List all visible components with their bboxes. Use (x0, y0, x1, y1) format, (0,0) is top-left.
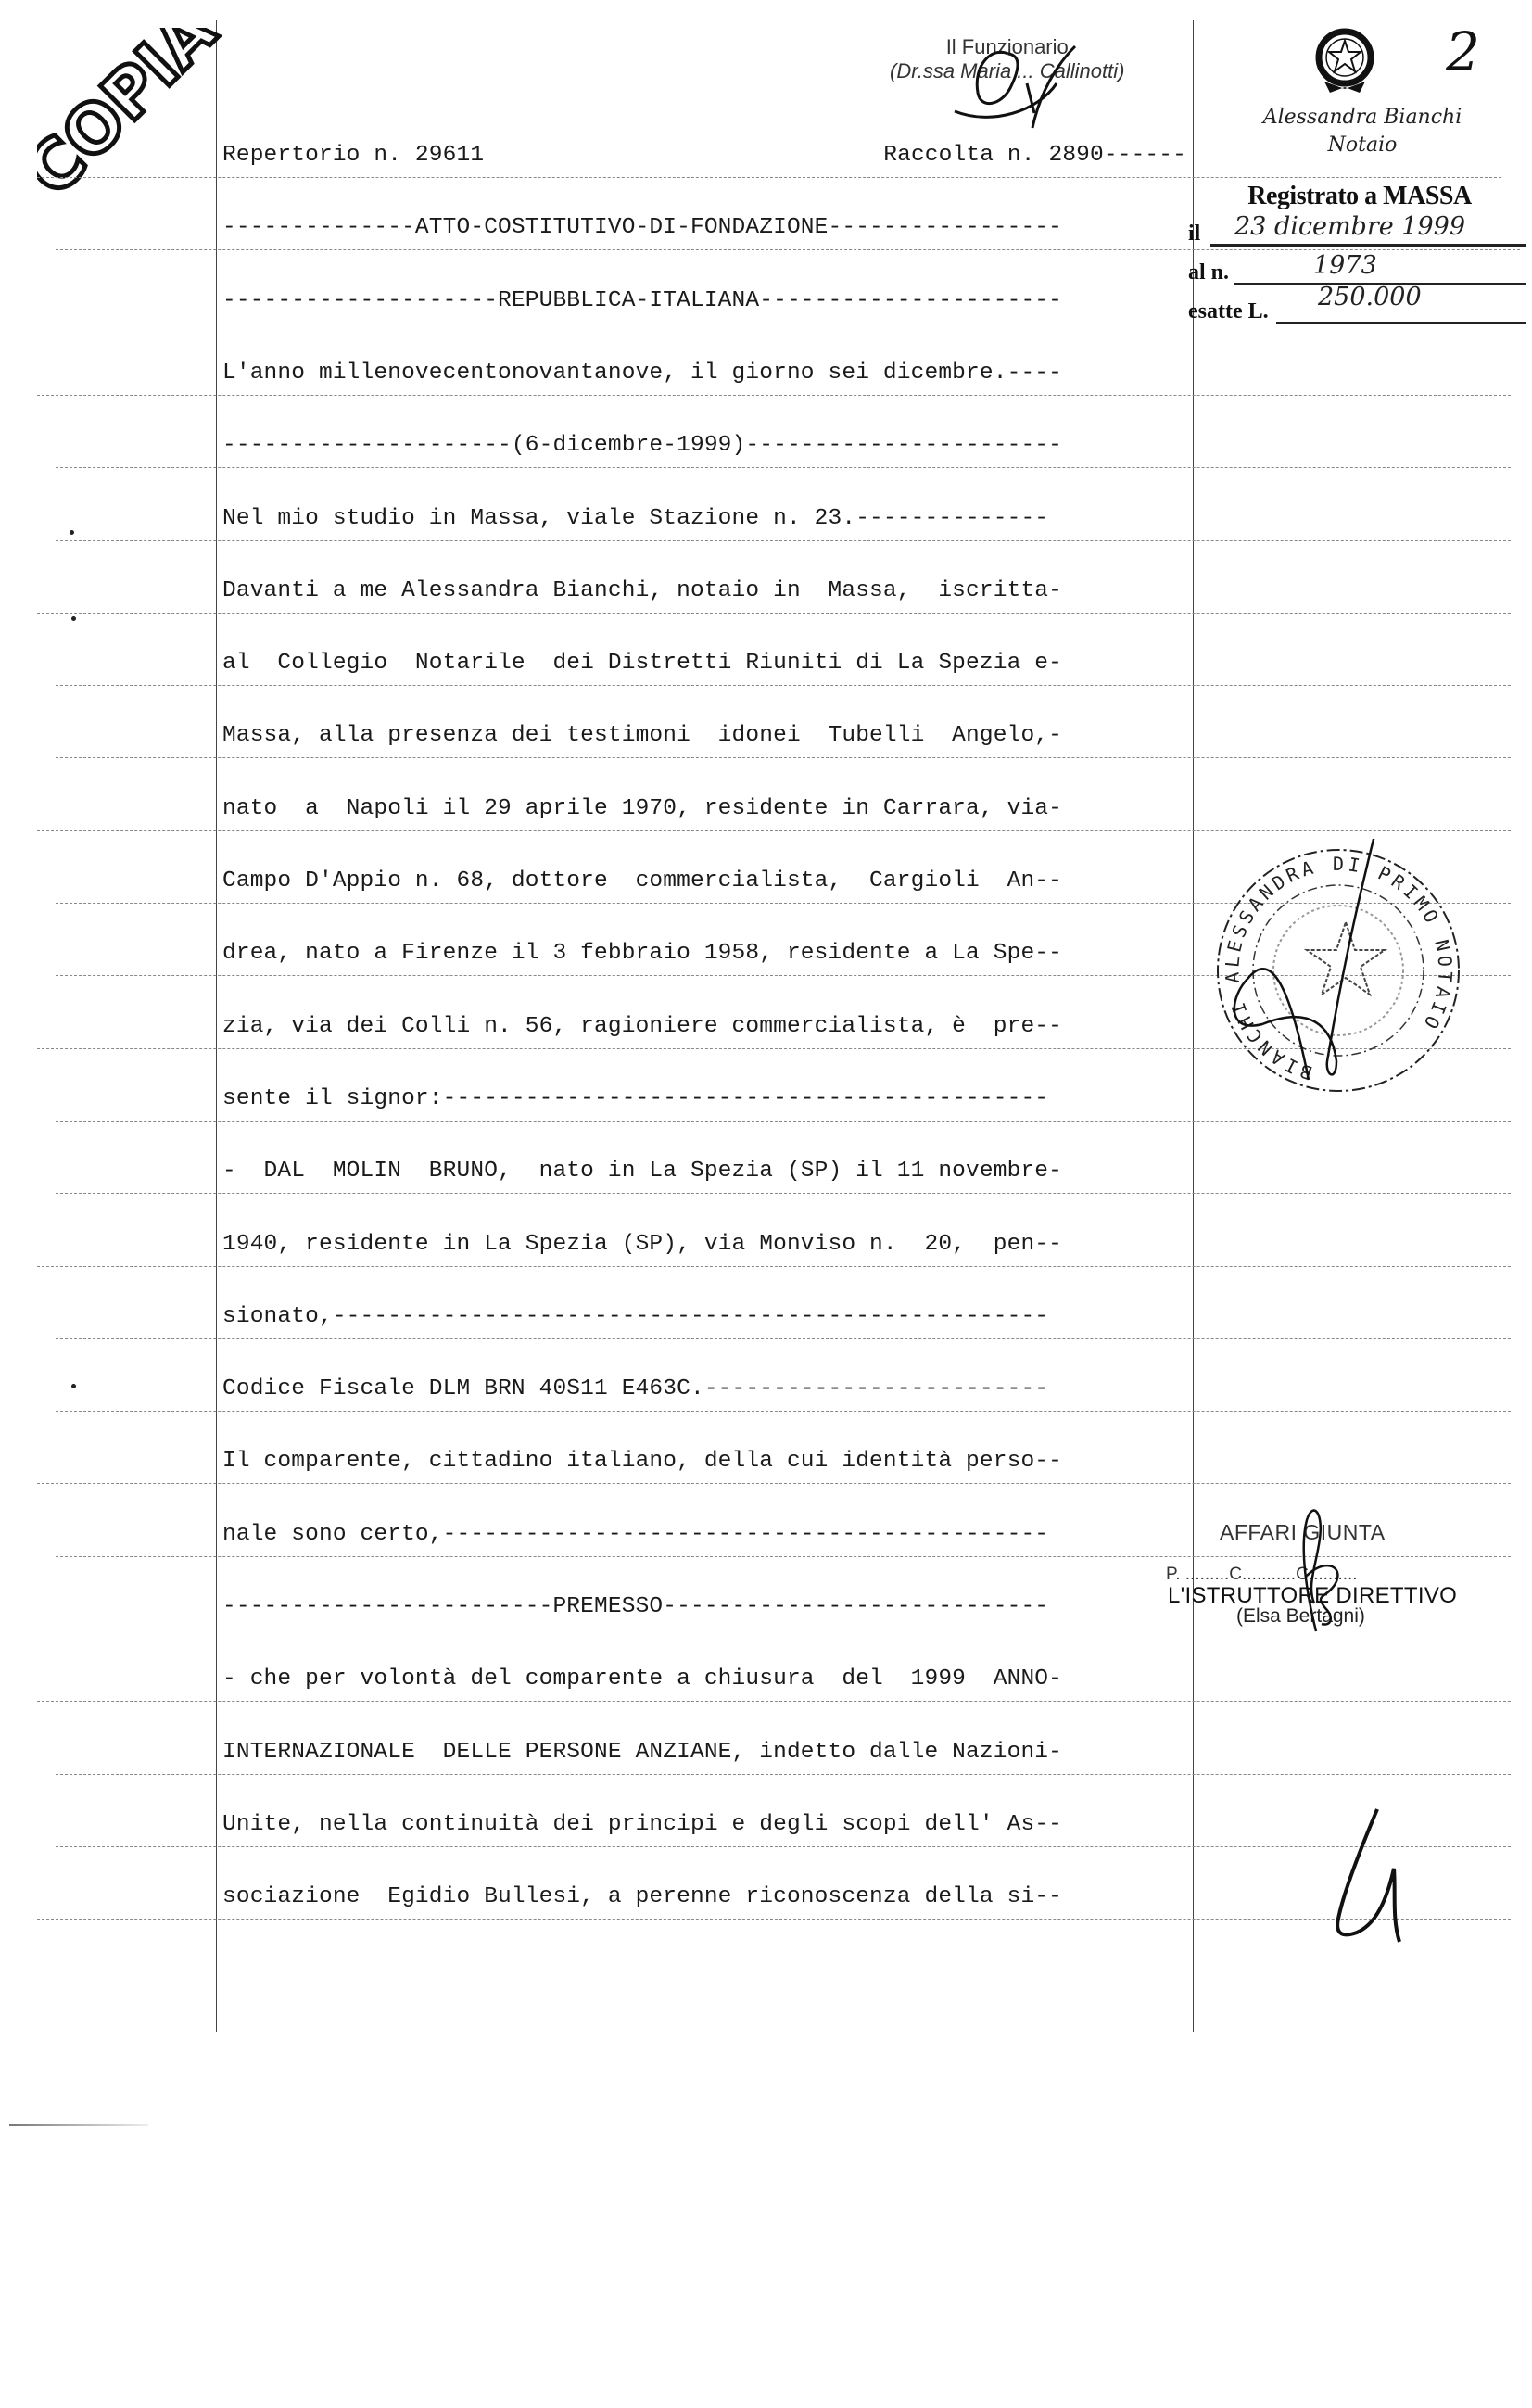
deed-line: sente il signor:------------------------… (222, 1085, 1186, 1113)
deed-line: Il comparente, cittadino italiano, della… (222, 1448, 1186, 1476)
deed-line: Nel mio studio in Massa, viale Stazione … (222, 505, 1186, 533)
affari-signature (1279, 1502, 1353, 1641)
registration-date-row: il 23 dicembre 1999 (1188, 211, 1531, 250)
ruled-line (56, 323, 1511, 323)
notary-letterhead: Alessandra Bianchi Notaio (1200, 104, 1525, 159)
raccolta-number: Raccolta n. 2890------ (883, 142, 1186, 170)
ruled-line (56, 1846, 1511, 1847)
ruled-line (37, 177, 1501, 178)
registration-amount-label: esatte L. (1188, 299, 1269, 324)
deed-line: nale sono certo,------------------------… (222, 1521, 1186, 1549)
ruled-line (56, 540, 1511, 541)
deed-line: al Collegio Notarile dei Distretti Riuni… (222, 650, 1186, 678)
ruled-line (37, 830, 1511, 831)
repertorio-number: Repertorio n. 29611 (222, 143, 484, 168)
notary-title: Notaio (1200, 132, 1525, 159)
deed-line: ------------------------PREMESSO--------… (222, 1593, 1186, 1621)
svg-text:COPIA: COPIA (37, 28, 222, 210)
deed-line: Unite, nella continuità dei principi e d… (222, 1811, 1186, 1839)
funzionario-signature (936, 37, 1094, 130)
italian-republic-emblem-icon (1311, 26, 1378, 96)
scan-fold-mark (9, 2124, 148, 2126)
deed-line: ---------------------(6-dicembre-1999)--… (222, 432, 1186, 460)
deed-line: drea, nato a Firenze il 3 febbraio 1958,… (222, 940, 1186, 968)
deed-line: Codice Fiscale DLM BRN 40S11 E463C.-----… (222, 1375, 1186, 1403)
notary-name: Alessandra Bianchi (1200, 104, 1525, 132)
notary-seal: BIANCHI ALESSANDRA DI PRIMO NOTAIO (1207, 839, 1471, 1098)
registration-number-label: al n. (1188, 260, 1229, 285)
ruled-line (56, 1121, 1511, 1122)
deed-line: Massa, alla presenza dei testimoni idone… (222, 722, 1186, 750)
deed-line: Campo D'Appio n. 68, dottore commerciali… (222, 868, 1186, 895)
deed-line: L'anno millenovecentonovantanove, il gio… (222, 360, 1186, 387)
ruled-line (56, 467, 1511, 468)
deed-line: zia, via dei Colli n. 56, ragioniere com… (222, 1013, 1186, 1041)
margin-dot (71, 1384, 76, 1388)
deed-line: nato a Napoli il 29 aprile 1970, residen… (222, 795, 1186, 823)
ruled-line (37, 613, 1511, 614)
deed-line: Davanti a me Alessandra Bianchi, notaio … (222, 577, 1186, 605)
svg-text:BIANCHI ALESSANDRA DI PRIMO NO: BIANCHI ALESSANDRA DI PRIMO NOTAIO (1221, 853, 1456, 1084)
registration-date-label: il (1188, 222, 1200, 247)
ruled-line (37, 1483, 1511, 1484)
margin-initial-mark (1316, 1807, 1418, 1946)
deed-line: INTERNAZIONALE DELLE PERSONE ANZIANE, in… (222, 1739, 1186, 1767)
copia-stamp: COPIA (37, 28, 204, 185)
registration-number-value: 1973 (1313, 251, 1377, 280)
deed-line: --------------ATTO-COSTITUTIVO-DI-FONDAZ… (222, 214, 1186, 242)
deed-line: - che per volontà del comparente a chius… (222, 1666, 1186, 1693)
registration-date-value: 23 dicembre 1999 (1234, 212, 1465, 241)
registration-title: Registrato a MASSA (1188, 182, 1531, 211)
ruled-line (56, 1774, 1511, 1775)
margin-dot (71, 616, 76, 621)
deed-line: - DAL MOLIN BRUNO, nato in La Spezia (SP… (222, 1158, 1186, 1185)
deed-line: --------------------REPUBBLICA-ITALIANA-… (222, 287, 1186, 315)
margin-dot (70, 530, 74, 535)
deed-line: Repertorio n. 29611Raccolta n. 2890-----… (222, 142, 1186, 170)
ruled-line (56, 249, 1520, 250)
registration-stamp: Registrato a MASSA il 23 dicembre 1999 a… (1188, 182, 1531, 328)
deed-line: sionato,--------------------------------… (222, 1303, 1186, 1331)
registration-amount-value: 250.000 (1318, 283, 1422, 311)
deed-line: 1940, residente in La Spezia (SP), via M… (222, 1231, 1186, 1259)
ruled-line (56, 1338, 1511, 1339)
ruled-line (56, 757, 1511, 758)
ruled-line (37, 395, 1511, 396)
page-number: 2 (1446, 20, 1480, 83)
ruled-line (56, 685, 1511, 686)
ruled-line (56, 1193, 1511, 1194)
deed-line: sociazione Egidio Bullesi, a perenne ric… (222, 1883, 1186, 1911)
ruled-line (37, 1919, 1511, 1920)
ruled-line (56, 1411, 1511, 1412)
ruled-line (37, 1266, 1511, 1267)
ruled-line (37, 1701, 1511, 1702)
